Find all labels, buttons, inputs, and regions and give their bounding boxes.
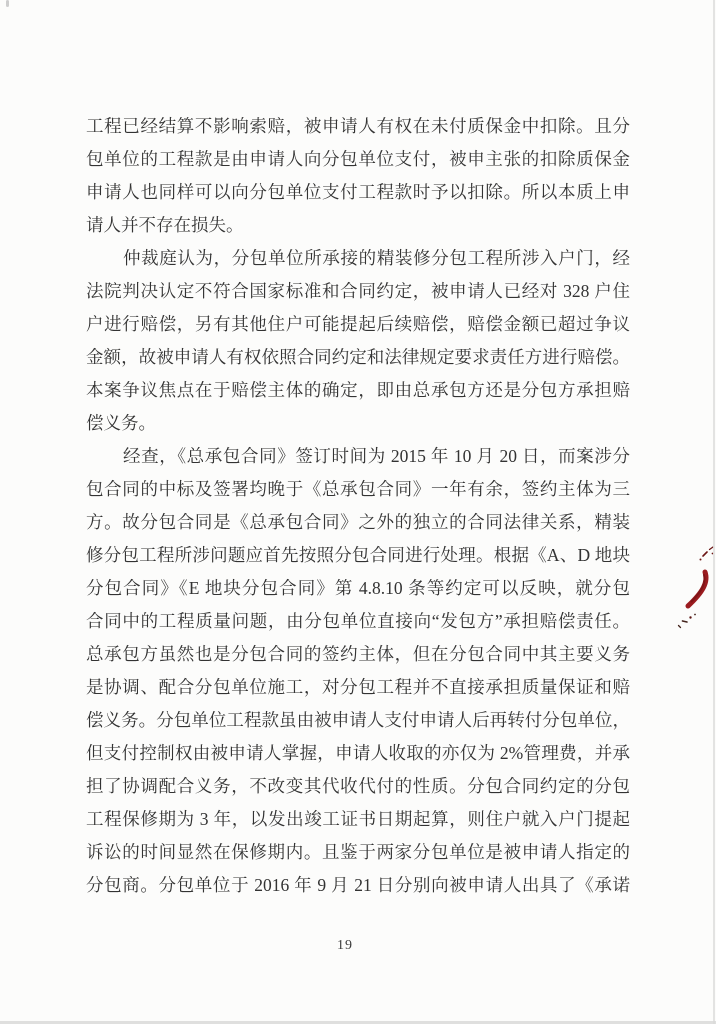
scan-corner-speck: [6, 0, 9, 7]
text-line: 包单位的工程款是由申请人向分包单位支付，被申主张的扣除质保金: [86, 143, 630, 176]
text-line: 方。故分包合同是《总承包合同》之外的独立的合同法律关系，精装: [86, 506, 630, 539]
text-line: 担了协调配合义务，不改变其代收代付的性质。分包合同约定的分包: [86, 770, 630, 803]
text-line: 请人并不存在损失。: [86, 209, 630, 242]
text-line: 偿义务。分包单位工程款虽由被申请人支付申请人后再转付分包单位，: [86, 704, 630, 737]
text-line: 总承包方虽然也是分包合同的签约主体，但在分包合同中其主要义务: [86, 638, 630, 671]
text-line: 诉讼的时间显然在保修期内。且鉴于两家分包单位是被申请人指定的: [86, 836, 630, 869]
text-line: 仲裁庭认为，分包单位所承接的精装修分包工程所涉入户门，经: [86, 242, 630, 275]
text-line: 包合同的中标及签署均晚于《总承包合同》一年有余，签约主体为三: [86, 473, 630, 506]
text-line: 但支付控制权由被申请人掌握，申请人收取的亦仅为 2%管理费，并承: [86, 737, 630, 770]
document-page: 工程已经结算不影响索赔，被申请人有权在未付质保金中扣除。且分包单位的工程款是由申…: [0, 0, 716, 1024]
text-line: 分包商。分包单位于 2016 年 9 月 21 日分别向被申请人出具了《承诺: [86, 869, 630, 902]
text-line: 法院判决认定不符合国家标准和合同约定，被申请人已经对 328 户住: [86, 275, 630, 308]
text-line: 本案争议焦点在于赔偿主体的确定，即由总承包方还是分包方承担赔: [86, 374, 630, 407]
text-line: 工程保修期为 3 年，以发出竣工证书日期起算，则住户就入户门提起: [86, 803, 630, 836]
text-line: 经查，《总承包合同》签订时间为 2015 年 10 月 20 日，而案涉分: [86, 440, 630, 473]
text-line: 户进行赔偿，另有其他住户可能提起后续赔偿，赔偿金额已超过争议: [86, 308, 630, 341]
text-line: 合同中的工程质量问题，由分包单位直接向“发包方”承担赔偿责任。: [86, 605, 630, 638]
text-line: 工程已经结算不影响索赔，被申请人有权在未付质保金中扣除。且分: [86, 110, 630, 143]
page-number: 19: [0, 938, 690, 954]
text-line: 金额，故被申请人有权依照合同约定和法律规定要求责任方进行赔偿。: [86, 341, 630, 374]
text-line: 是协调、配合分包单位施工，对分包工程并不直接承担质量保证和赔: [86, 671, 630, 704]
paragraph: 经查，《总承包合同》签订时间为 2015 年 10 月 20 日，而案涉分包合同…: [86, 440, 630, 902]
red-ink-annotation-mark: [675, 535, 716, 645]
paragraph: 工程已经结算不影响索赔，被申请人有权在未付质保金中扣除。且分包单位的工程款是由申…: [86, 110, 630, 242]
scan-edge-right: [713, 0, 715, 1024]
text-line: 修分包工程所涉问题应首先按照分包合同进行处理。根据《A、D 地块: [86, 539, 630, 572]
text-line: 申请人也同样可以向分包单位支付工程款时予以扣除。所以本质上申: [86, 176, 630, 209]
text-line: 偿义务。: [86, 407, 630, 440]
document-body-text: 工程已经结算不影响索赔，被申请人有权在未付质保金中扣除。且分包单位的工程款是由申…: [86, 110, 630, 902]
paragraph: 仲裁庭认为，分包单位所承接的精装修分包工程所涉入户门，经法院判决认定不符合国家标…: [86, 242, 630, 440]
text-line: 分包合同》《E 地块分包合同》第 4.8.10 条等约定可以反映，就分包: [86, 572, 630, 605]
